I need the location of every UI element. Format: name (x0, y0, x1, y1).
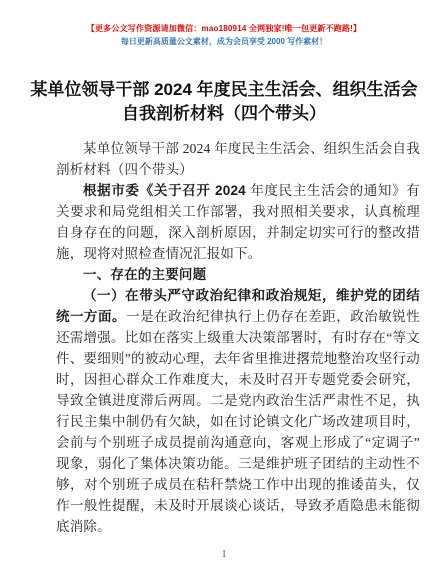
page-footer: 1 (0, 549, 448, 560)
promo-header: 【更多公文写作资源请加微信：mao180914 全网独家!唯一包更新不跑路!】 … (0, 0, 448, 48)
document-page: 【更多公文写作资源请加微信：mao180914 全网独家!唯一包更新不跑路!】 … (0, 0, 448, 580)
intro-paragraph: 某单位领导干部 2024 年度民主生活会、组织生活会自我剖析材料（四个带头） (56, 138, 420, 180)
intro-paragraph-text: 某单位领导干部 2024 年度民主生活会、组织生活会自我剖析材料（四个带头） (56, 141, 420, 177)
basis-paragraph: 根据市委《关于召开 2024 年度民主生活会的通知》有关要求和局党组相关工作部署… (56, 180, 420, 264)
page-number: 1 (222, 549, 227, 560)
problem1-paragraph: （一）在带头严守政治纪律和政治规矩，维护党的团结统一方面。一是在政治纪律执行上仍… (56, 285, 420, 537)
basis-paragraph-bold-text: 根据市委《关于召开 2024 (83, 183, 250, 198)
section1-heading: 一、存在的主要问题 (56, 264, 420, 285)
document-body: 某单位领导干部 2024 年度民主生活会、组织生活会自我剖析材料（四个带头） 根… (56, 138, 420, 537)
promo-line-red: 【更多公文写作资源请加微信：mao180914 全网独家!唯一包更新不跑路!】 (0, 22, 448, 35)
document-title: 某单位领导干部 2024 年度民主生活会、组织生活会自我剖析材料（四个带头） (28, 78, 420, 126)
problem1-body-text: 一是在政治纪律执行上仍存在差距，政治敏锐性还需增强。比如在落实上级重大决策部署时… (56, 309, 420, 534)
promo-line-blue: 每日更新高质量公文素材，成为会员享受 2000 写作素材！ (0, 35, 448, 48)
